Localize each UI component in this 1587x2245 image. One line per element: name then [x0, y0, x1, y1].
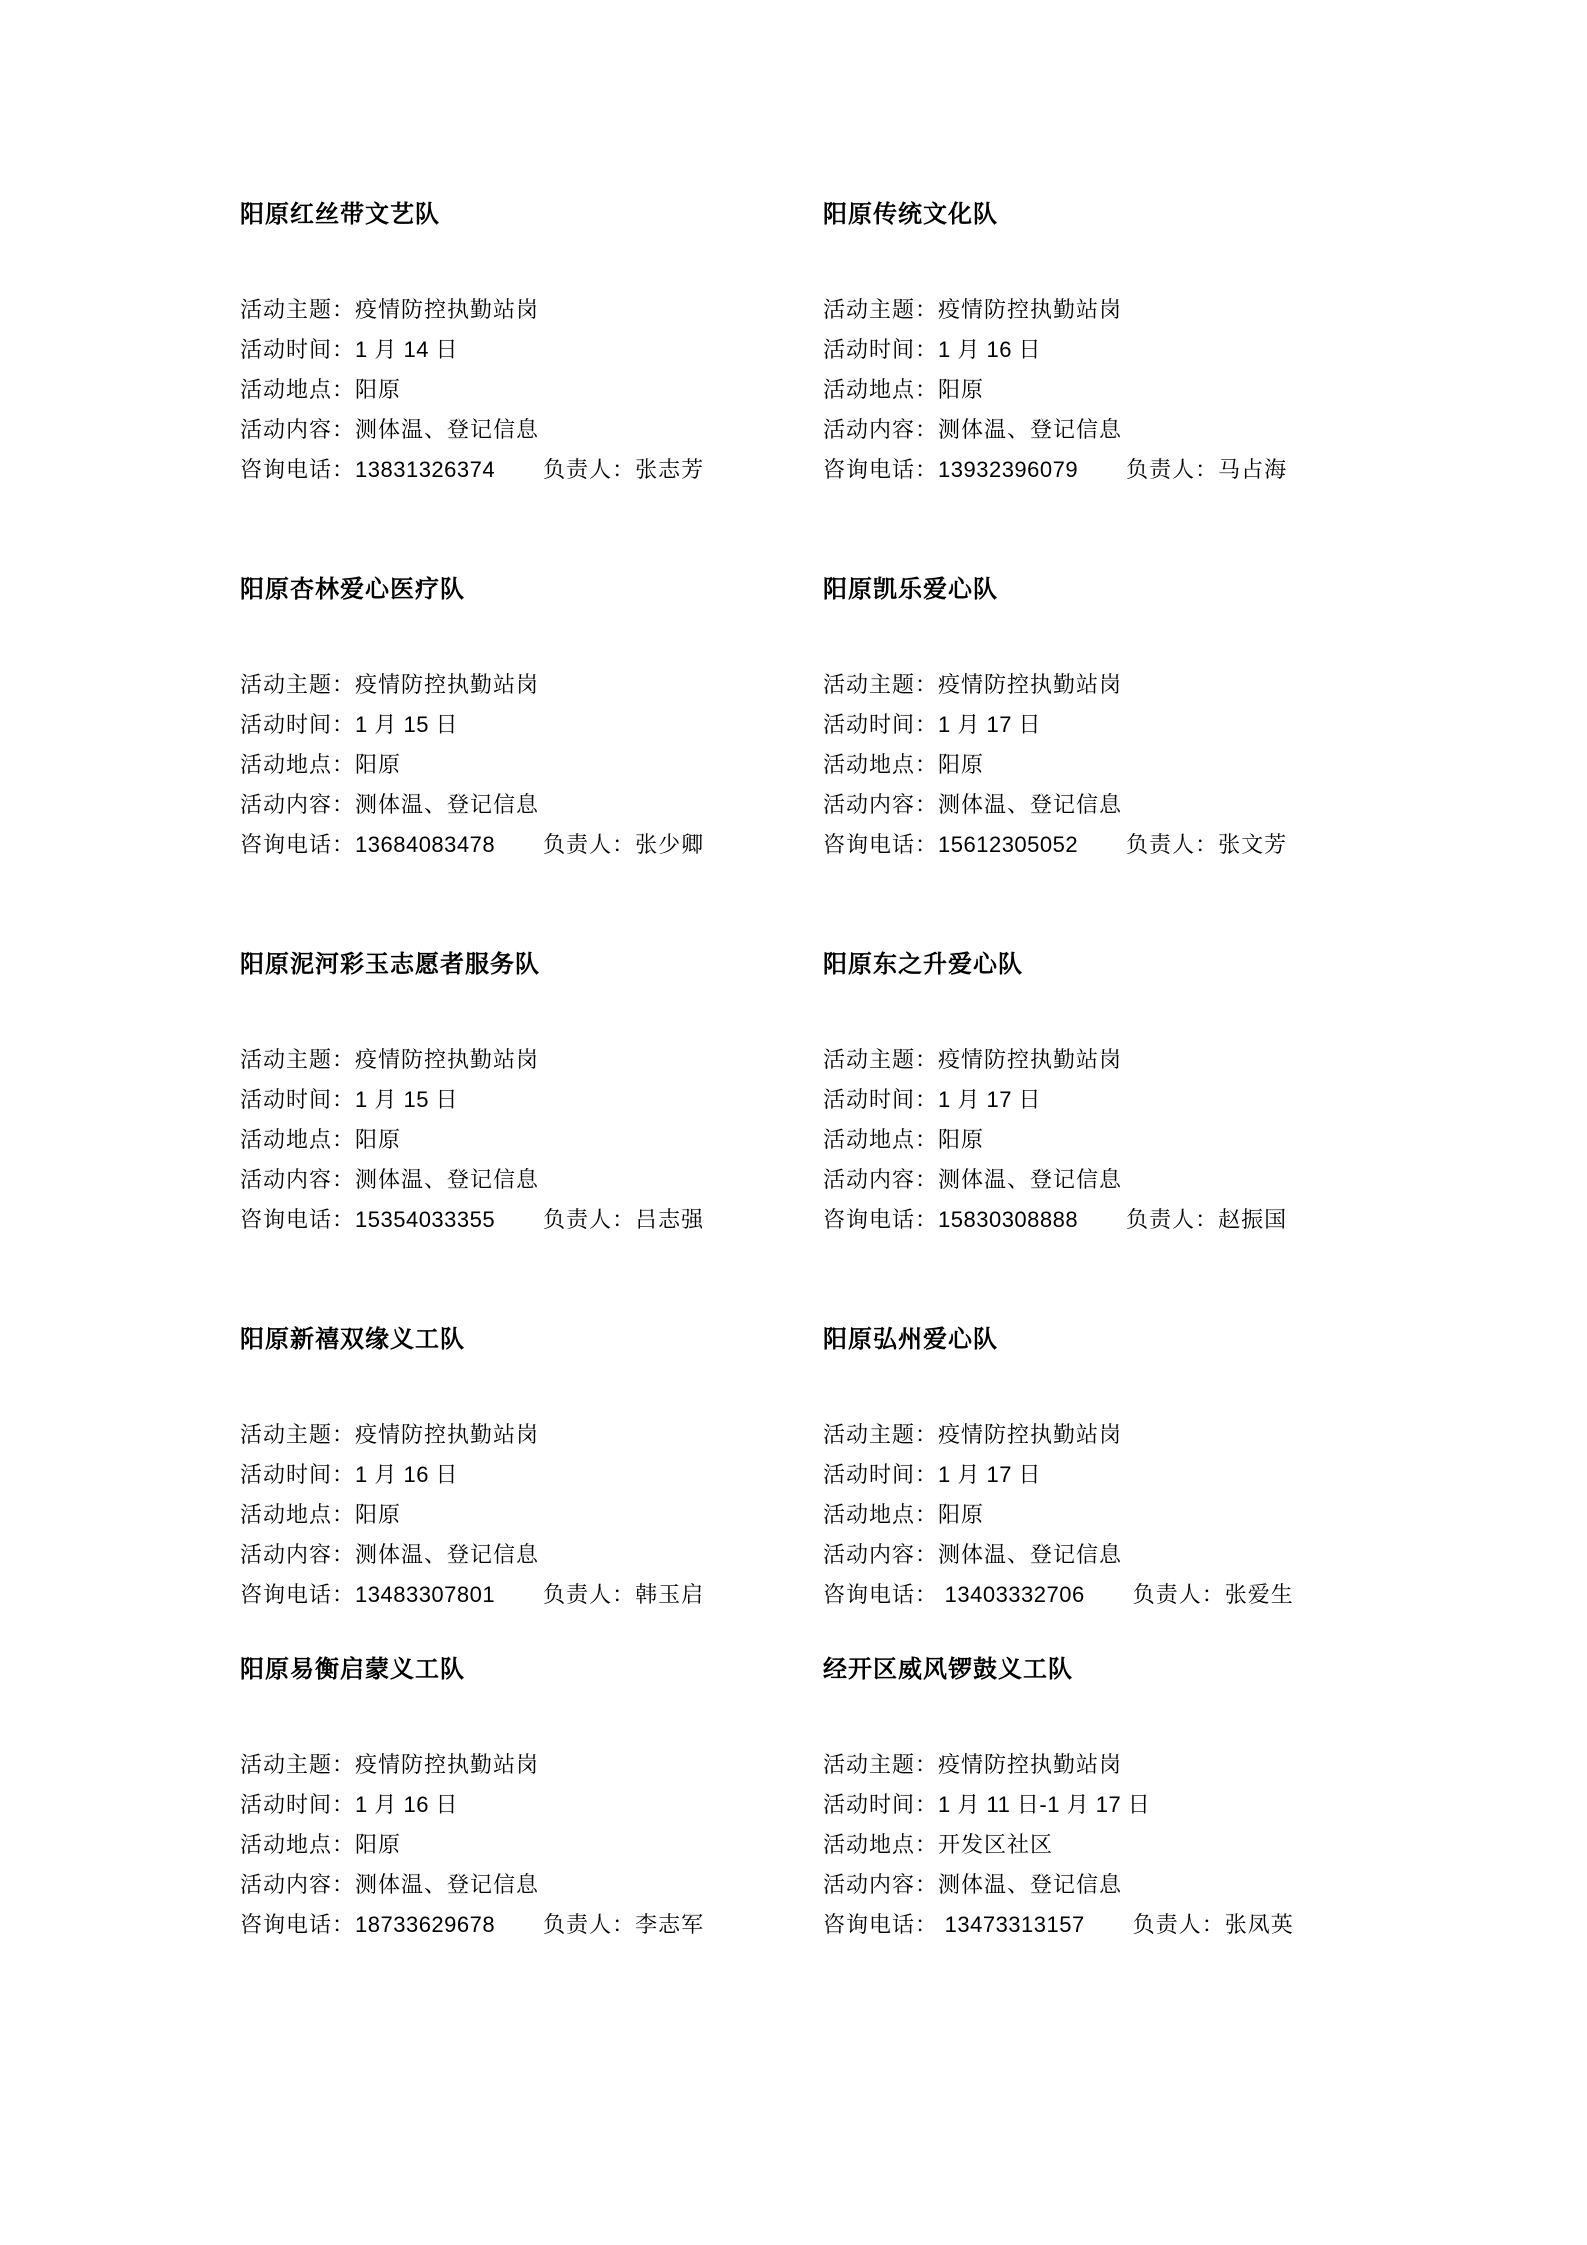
phone-leader-line: 咨询电话：13831326374负责人：张志芳	[240, 450, 860, 490]
phone-value: 15612305052	[938, 832, 1078, 857]
leader-value: 张文芳	[1218, 832, 1287, 857]
document-page: 阳原红丝带文艺队 活动主题：疫情防控执勤站岗 活动时间：1 月 14 日 活动地…	[0, 0, 1587, 2245]
theme-value: 疫情防控执勤站岗	[938, 1422, 1122, 1447]
leader-value: 李志军	[635, 1912, 704, 1937]
time-value: 1 月 14 日	[355, 337, 458, 362]
content-label: 活动内容：	[823, 792, 938, 817]
phone-leader-line: 咨询电话：15612305052负责人：张文芳	[823, 825, 1443, 865]
team-block: 阳原弘州爱心队 活动主题：疫情防控执勤站岗 活动时间：1 月 17 日 活动地点…	[823, 1325, 1443, 1615]
theme-line: 活动主题：疫情防控执勤站岗	[240, 290, 860, 330]
theme-label: 活动主题：	[240, 672, 355, 697]
leader-label: 负责人：	[543, 1912, 635, 1937]
theme-label: 活动主题：	[240, 1047, 355, 1072]
location-value: 阳原	[938, 377, 984, 402]
phone-label: 咨询电话：	[823, 832, 938, 857]
phone-label: 咨询电话：	[240, 457, 355, 482]
time-label: 活动时间：	[823, 1462, 938, 1487]
content-line: 活动内容：测体温、登记信息	[240, 1865, 860, 1905]
time-value: 1 月 16 日	[355, 1792, 458, 1817]
team-block: 阳原新禧双缘义工队 活动主题：疫情防控执勤站岗 活动时间：1 月 16 日 活动…	[240, 1325, 860, 1615]
phone-leader-line: 咨询电话：13932396079负责人：马占海	[823, 450, 1443, 490]
content-value: 测体温、登记信息	[938, 1542, 1122, 1567]
team-name: 阳原泥河彩玉志愿者服务队	[240, 950, 860, 980]
theme-label: 活动主题：	[823, 1422, 938, 1447]
team-block: 经开区威风锣鼓义工队 活动主题：疫情防控执勤站岗 活动时间：1 月 11 日-1…	[823, 1655, 1443, 1945]
team-block: 阳原东之升爱心队 活动主题：疫情防控执勤站岗 活动时间：1 月 17 日 活动地…	[823, 950, 1443, 1240]
phone-value: 13403332706	[938, 1582, 1085, 1607]
location-label: 活动地点：	[240, 1502, 355, 1527]
content-line: 活动内容：测体温、登记信息	[823, 1535, 1443, 1575]
time-label: 活动时间：	[240, 712, 355, 737]
location-value: 阳原	[355, 1502, 401, 1527]
theme-line: 活动主题：疫情防控执勤站岗	[240, 1040, 860, 1080]
phone-leader-line: 咨询电话：15354033355负责人：吕志强	[240, 1200, 860, 1240]
time-label: 活动时间：	[823, 1792, 938, 1817]
team-block: 阳原杏林爱心医疗队 活动主题：疫情防控执勤站岗 活动时间：1 月 15 日 活动…	[240, 575, 860, 865]
phone-value: 13684083478	[355, 832, 495, 857]
leader-label: 负责人：	[1126, 832, 1218, 857]
content-line: 活动内容：测体温、登记信息	[823, 1160, 1443, 1200]
time-label: 活动时间：	[240, 1087, 355, 1112]
theme-line: 活动主题：疫情防控执勤站岗	[823, 1040, 1443, 1080]
content-line: 活动内容：测体温、登记信息	[240, 410, 860, 450]
content-label: 活动内容：	[823, 417, 938, 442]
team-block: 阳原传统文化队 活动主题：疫情防控执勤站岗 活动时间：1 月 16 日 活动地点…	[823, 200, 1443, 490]
content-value: 测体温、登记信息	[938, 792, 1122, 817]
leader-value: 张少卿	[635, 832, 704, 857]
theme-line: 活动主题：疫情防控执勤站岗	[240, 1745, 860, 1785]
theme-line: 活动主题：疫情防控执勤站岗	[823, 1745, 1443, 1785]
content-value: 测体温、登记信息	[355, 1542, 539, 1567]
time-line: 活动时间：1 月 15 日	[240, 705, 860, 745]
content-value: 测体温、登记信息	[355, 417, 539, 442]
leader-label: 负责人：	[543, 457, 635, 482]
phone-leader-line: 咨询电话： 13403332706负责人：张爱生	[823, 1575, 1443, 1615]
team-name: 阳原新禧双缘义工队	[240, 1325, 860, 1355]
phone-leader-line: 咨询电话： 13473313157负责人：张凤英	[823, 1905, 1443, 1945]
team-name: 阳原杏林爱心医疗队	[240, 575, 860, 605]
location-label: 活动地点：	[823, 752, 938, 777]
theme-label: 活动主题：	[240, 1422, 355, 1447]
theme-value: 疫情防控执勤站岗	[355, 1752, 539, 1777]
location-line: 活动地点：阳原	[240, 370, 860, 410]
location-line: 活动地点：开发区社区	[823, 1825, 1443, 1865]
location-label: 活动地点：	[823, 377, 938, 402]
time-value: 1 月 16 日	[355, 1462, 458, 1487]
content-line: 活动内容：测体温、登记信息	[240, 785, 860, 825]
leader-label: 负责人：	[1133, 1582, 1225, 1607]
time-label: 活动时间：	[823, 337, 938, 362]
time-line: 活动时间：1 月 17 日	[823, 705, 1443, 745]
leader-value: 张志芳	[635, 457, 704, 482]
team-block: 阳原易衡启蒙义工队 活动主题：疫情防控执勤站岗 活动时间：1 月 16 日 活动…	[240, 1655, 860, 1945]
theme-value: 疫情防控执勤站岗	[938, 672, 1122, 697]
content-line: 活动内容：测体温、登记信息	[823, 785, 1443, 825]
location-value: 阳原	[355, 752, 401, 777]
location-label: 活动地点：	[823, 1832, 938, 1857]
team-name: 阳原弘州爱心队	[823, 1325, 1443, 1355]
content-label: 活动内容：	[240, 417, 355, 442]
location-label: 活动地点：	[240, 752, 355, 777]
theme-line: 活动主题：疫情防控执勤站岗	[240, 1415, 860, 1455]
time-line: 活动时间：1 月 17 日	[823, 1455, 1443, 1495]
team-block: 阳原泥河彩玉志愿者服务队 活动主题：疫情防控执勤站岗 活动时间：1 月 15 日…	[240, 950, 860, 1240]
time-value: 1 月 17 日	[938, 1087, 1041, 1112]
theme-value: 疫情防控执勤站岗	[938, 1047, 1122, 1072]
time-value: 1 月 17 日	[938, 712, 1041, 737]
time-label: 活动时间：	[240, 337, 355, 362]
theme-label: 活动主题：	[823, 672, 938, 697]
location-line: 活动地点：阳原	[240, 1120, 860, 1160]
leader-label: 负责人：	[1126, 457, 1218, 482]
time-value: 1 月 17 日	[938, 1462, 1041, 1487]
content-label: 活动内容：	[823, 1872, 938, 1897]
location-line: 活动地点：阳原	[823, 1495, 1443, 1535]
content-value: 测体温、登记信息	[355, 1872, 539, 1897]
phone-leader-line: 咨询电话：15830308888负责人：赵振国	[823, 1200, 1443, 1240]
leader-label: 负责人：	[543, 1582, 635, 1607]
phone-leader-line: 咨询电话：13684083478负责人：张少卿	[240, 825, 860, 865]
phone-value: 15830308888	[938, 1207, 1078, 1232]
team-name: 经开区威风锣鼓义工队	[823, 1655, 1443, 1685]
theme-line: 活动主题：疫情防控执勤站岗	[823, 665, 1443, 705]
location-value: 阳原	[355, 1127, 401, 1152]
team-name: 阳原东之升爱心队	[823, 950, 1443, 980]
theme-label: 活动主题：	[240, 297, 355, 322]
phone-label: 咨询电话：	[823, 1912, 938, 1937]
theme-value: 疫情防控执勤站岗	[355, 1422, 539, 1447]
theme-line: 活动主题：疫情防控执勤站岗	[823, 290, 1443, 330]
phone-label: 咨询电话：	[240, 1582, 355, 1607]
location-value: 阳原	[938, 1502, 984, 1527]
time-label: 活动时间：	[823, 712, 938, 737]
phone-label: 咨询电话：	[240, 1207, 355, 1232]
phone-value: 13483307801	[355, 1582, 495, 1607]
time-value: 1 月 15 日	[355, 1087, 458, 1112]
location-label: 活动地点：	[240, 1127, 355, 1152]
time-line: 活动时间：1 月 16 日	[240, 1455, 860, 1495]
theme-label: 活动主题：	[240, 1752, 355, 1777]
time-line: 活动时间：1 月 16 日	[240, 1785, 860, 1825]
location-line: 活动地点：阳原	[240, 1495, 860, 1535]
time-value: 1 月 16 日	[938, 337, 1041, 362]
theme-value: 疫情防控执勤站岗	[938, 1752, 1122, 1777]
content-value: 测体温、登记信息	[355, 792, 539, 817]
content-label: 活动内容：	[823, 1542, 938, 1567]
location-value: 阳原	[355, 1832, 401, 1857]
leader-label: 负责人：	[543, 1207, 635, 1232]
content-label: 活动内容：	[240, 1872, 355, 1897]
leader-label: 负责人：	[543, 832, 635, 857]
time-line: 活动时间：1 月 11 日-1 月 17 日	[823, 1785, 1443, 1825]
time-label: 活动时间：	[823, 1087, 938, 1112]
content-line: 活动内容：测体温、登记信息	[823, 1865, 1443, 1905]
location-value: 阳原	[938, 752, 984, 777]
leader-value: 马占海	[1218, 457, 1287, 482]
leader-value: 韩玉启	[635, 1582, 704, 1607]
content-line: 活动内容：测体温、登记信息	[240, 1535, 860, 1575]
location-line: 活动地点：阳原	[823, 1120, 1443, 1160]
location-label: 活动地点：	[240, 377, 355, 402]
leader-value: 吕志强	[635, 1207, 704, 1232]
theme-label: 活动主题：	[823, 297, 938, 322]
phone-value: 18733629678	[355, 1912, 495, 1937]
location-label: 活动地点：	[240, 1832, 355, 1857]
theme-label: 活动主题：	[823, 1752, 938, 1777]
leader-value: 张爱生	[1225, 1582, 1294, 1607]
theme-value: 疫情防控执勤站岗	[355, 672, 539, 697]
leader-label: 负责人：	[1126, 1207, 1218, 1232]
location-line: 活动地点：阳原	[823, 370, 1443, 410]
phone-label: 咨询电话：	[823, 1582, 938, 1607]
time-label: 活动时间：	[240, 1462, 355, 1487]
team-name: 阳原易衡启蒙义工队	[240, 1655, 860, 1685]
time-line: 活动时间：1 月 15 日	[240, 1080, 860, 1120]
location-line: 活动地点：阳原	[240, 745, 860, 785]
content-value: 测体温、登记信息	[938, 1167, 1122, 1192]
phone-label: 咨询电话：	[823, 1207, 938, 1232]
content-label: 活动内容：	[240, 1542, 355, 1567]
phone-value: 15354033355	[355, 1207, 495, 1232]
location-label: 活动地点：	[823, 1127, 938, 1152]
time-value: 1 月 15 日	[355, 712, 458, 737]
team-name: 阳原凯乐爱心队	[823, 575, 1443, 605]
team-name: 阳原红丝带文艺队	[240, 200, 860, 230]
location-value: 阳原	[355, 377, 401, 402]
theme-value: 疫情防控执勤站岗	[355, 297, 539, 322]
theme-label: 活动主题：	[823, 1047, 938, 1072]
leader-value: 张凤英	[1225, 1912, 1294, 1937]
team-block: 阳原红丝带文艺队 活动主题：疫情防控执勤站岗 活动时间：1 月 14 日 活动地…	[240, 200, 860, 490]
theme-value: 疫情防控执勤站岗	[938, 297, 1122, 322]
content-value: 测体温、登记信息	[938, 417, 1122, 442]
phone-label: 咨询电话：	[240, 1912, 355, 1937]
time-value: 1 月 11 日-1 月 17 日	[938, 1792, 1150, 1817]
phone-value: 13831326374	[355, 457, 495, 482]
phone-value: 13932396079	[938, 457, 1078, 482]
time-line: 活动时间：1 月 17 日	[823, 1080, 1443, 1120]
time-line: 活动时间：1 月 14 日	[240, 330, 860, 370]
time-line: 活动时间：1 月 16 日	[823, 330, 1443, 370]
location-value: 开发区社区	[938, 1832, 1053, 1857]
location-value: 阳原	[938, 1127, 984, 1152]
content-value: 测体温、登记信息	[938, 1872, 1122, 1897]
theme-value: 疫情防控执勤站岗	[355, 1047, 539, 1072]
content-label: 活动内容：	[823, 1167, 938, 1192]
location-line: 活动地点：阳原	[240, 1825, 860, 1865]
content-label: 活动内容：	[240, 1167, 355, 1192]
theme-line: 活动主题：疫情防控执勤站岗	[240, 665, 860, 705]
phone-value: 13473313157	[938, 1912, 1085, 1937]
phone-label: 咨询电话：	[823, 457, 938, 482]
team-block: 阳原凯乐爱心队 活动主题：疫情防控执勤站岗 活动时间：1 月 17 日 活动地点…	[823, 575, 1443, 865]
leader-label: 负责人：	[1133, 1912, 1225, 1937]
phone-leader-line: 咨询电话：13483307801负责人：韩玉启	[240, 1575, 860, 1615]
content-line: 活动内容：测体温、登记信息	[240, 1160, 860, 1200]
location-line: 活动地点：阳原	[823, 745, 1443, 785]
theme-line: 活动主题：疫情防控执勤站岗	[823, 1415, 1443, 1455]
phone-label: 咨询电话：	[240, 832, 355, 857]
content-line: 活动内容：测体温、登记信息	[823, 410, 1443, 450]
content-value: 测体温、登记信息	[355, 1167, 539, 1192]
time-label: 活动时间：	[240, 1792, 355, 1817]
leader-value: 赵振国	[1218, 1207, 1287, 1232]
content-label: 活动内容：	[240, 792, 355, 817]
phone-leader-line: 咨询电话：18733629678负责人：李志军	[240, 1905, 860, 1945]
team-name: 阳原传统文化队	[823, 200, 1443, 230]
location-label: 活动地点：	[823, 1502, 938, 1527]
